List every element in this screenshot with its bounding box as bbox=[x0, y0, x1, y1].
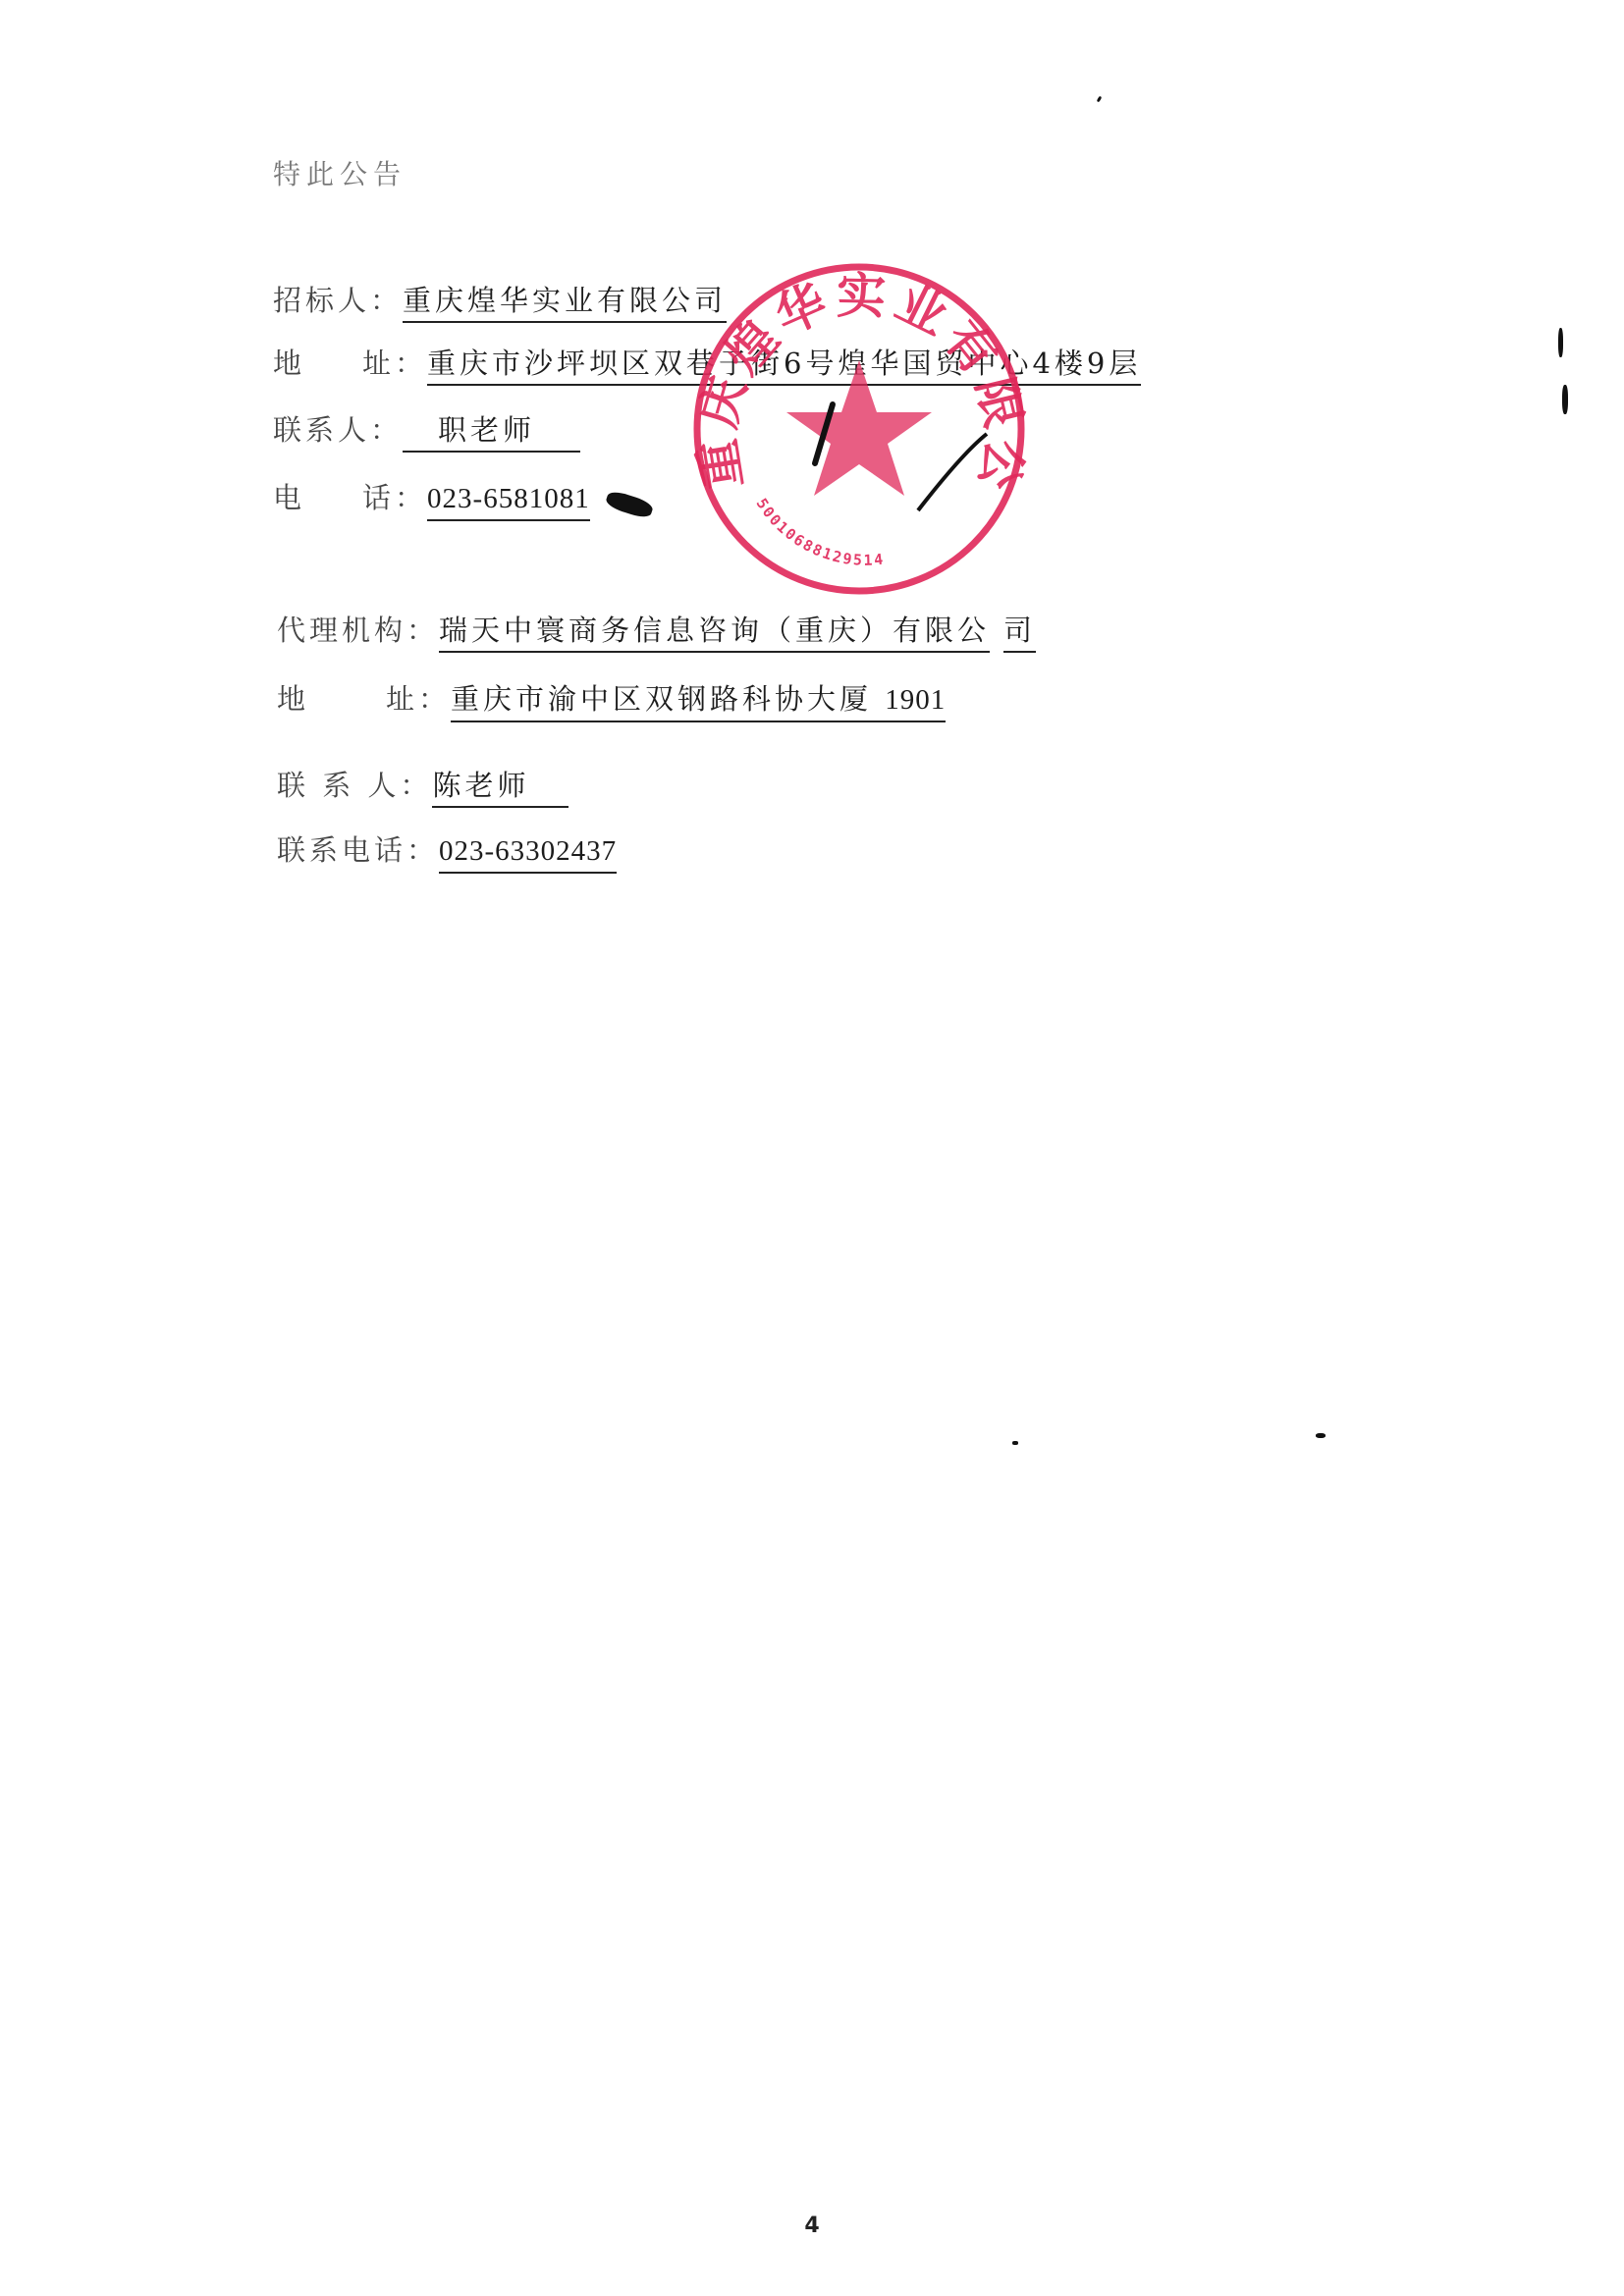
seal-code: 50010688129514 bbox=[753, 495, 887, 568]
scan-dot bbox=[1012, 1441, 1018, 1445]
agency-phone-label: 联系电话： bbox=[277, 830, 439, 870]
tenderer-label: 招标人： bbox=[273, 281, 403, 320]
tenderer-name: 重庆煌华实业有限公司 bbox=[403, 281, 727, 323]
agency-name-tail: 司 bbox=[1003, 611, 1036, 653]
ink-blot bbox=[604, 489, 654, 520]
agency-phone: 023-63302437 bbox=[439, 831, 617, 874]
agency-phone-row: 联系电话：023-63302437 bbox=[277, 830, 617, 874]
agency-label: 代理机构： bbox=[277, 611, 439, 650]
tenderer-contact-row: 联系人：职老师 bbox=[273, 410, 580, 453]
agency-contact-label: 联 系 人： bbox=[277, 766, 432, 805]
phone-label: 电话： bbox=[273, 478, 427, 517]
agency-contact: 陈老师 bbox=[432, 766, 568, 808]
agency-address-label: 地址： bbox=[277, 679, 451, 719]
star-icon bbox=[786, 360, 932, 496]
scan-dot bbox=[1316, 1433, 1326, 1438]
contact-label: 联系人： bbox=[273, 410, 403, 450]
agency-address-row: 地址：重庆市渝中区双钢路科协大厦 1901 bbox=[277, 679, 946, 722]
company-seal-stamp: 重庆煌华实业有限公司 50010688129514 bbox=[687, 257, 1031, 601]
agency-address: 重庆市渝中区双钢路科协大厦 1901 bbox=[451, 679, 946, 722]
agency-name-row: 代理机构：瑞天中寰商务信息咨询（重庆）有限公司 bbox=[277, 611, 1036, 653]
svg-text:50010688129514: 50010688129514 bbox=[753, 495, 887, 568]
tenderer-name-row: 招标人：重庆煌华实业有限公司 bbox=[273, 281, 727, 323]
scan-mark bbox=[1558, 328, 1563, 357]
agency-name: 瑞天中寰商务信息咨询（重庆）有限公 bbox=[439, 611, 990, 653]
page-number: 4 bbox=[0, 2214, 1624, 2238]
tenderer-phone: 023-6581081 bbox=[427, 479, 590, 521]
tenderer-contact: 职老师 bbox=[403, 410, 580, 453]
closing-text: 特此公告 bbox=[273, 153, 406, 192]
tenderer-phone-row: 电话：023-6581081 bbox=[273, 478, 590, 521]
address-label: 地址： bbox=[273, 344, 427, 383]
scan-mark bbox=[1562, 385, 1568, 414]
agency-contact-row: 联 系 人：陈老师 bbox=[277, 766, 568, 808]
scan-dot bbox=[1097, 96, 1103, 103]
